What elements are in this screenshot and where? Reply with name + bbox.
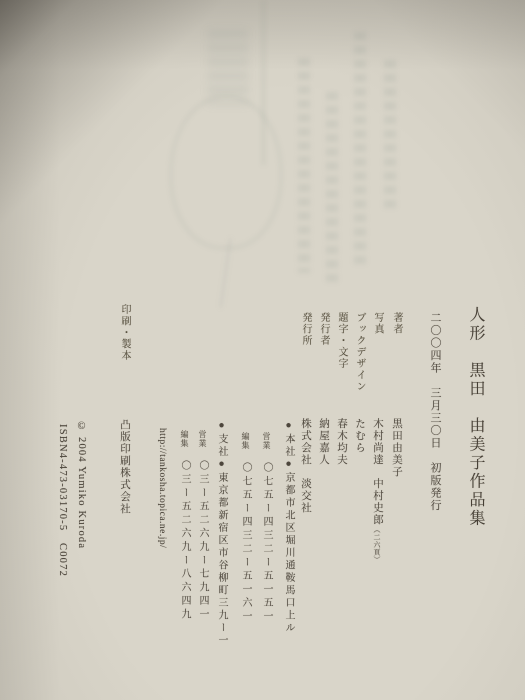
head-office-editorial-phone: 編集〇七五ー四三二ー五一六一 (238, 432, 253, 624)
credit-label-publisher-person: 発行者 (316, 312, 331, 347)
phone-label-sales: 営業 (262, 432, 271, 462)
branch-sales-phone: 営業〇三ー五二六九ー七九四一 (195, 430, 210, 622)
book-colophon-page-photo: 人形 黒田 由美子作品集 二〇〇四年 三月三〇日 初版発行 著者 写真 ブックデ… (0, 0, 525, 700)
isbn-code: ISBN4-473-03170-5 C0072 (55, 424, 70, 577)
branch-editorial-phone: 編集〇三ー五二六九ー八六四九 (177, 430, 192, 622)
showthrough-blob (208, 30, 248, 105)
phone-number: 〇三ー五二六九ー七九四一 (197, 460, 208, 622)
credit-value-photo: 木村尚達 中村史郎（二六頁） (370, 418, 385, 564)
phone-number: 〇七五ー四三二ー五一六一 (240, 462, 251, 624)
phone-label-editorial: 編集 (241, 432, 250, 462)
showthrough-line (262, 0, 265, 165)
copyright-notice: © 2004 Yumiko Kuroda (76, 421, 87, 549)
phone-number: 〇三ー五二六九ー八六四九 (179, 460, 190, 622)
showthrough-text-column (384, 60, 396, 210)
credit-label-publisher-company: 発行所 (298, 312, 313, 347)
photo-credit-page-note: （二六頁） (373, 526, 381, 564)
showthrough-text-column (298, 58, 310, 273)
book-title: 人形 黒田 由美子作品集 (464, 306, 487, 528)
phone-label-sales: 営業 (198, 430, 207, 460)
showthrough-stroke (219, 238, 232, 308)
printing-company: 凸版印刷株式会社 (117, 419, 132, 515)
credit-label-calligraphy: 題字・文字 (334, 312, 349, 370)
credit-value-bookdesign: たむら (352, 418, 367, 454)
edition-date-line: 二〇〇四年 三月三〇日 初版発行 (427, 312, 443, 512)
phone-number: 〇七五ー四三二ー五一五一 (261, 462, 272, 624)
showthrough-text-column (354, 32, 366, 267)
head-office-sales-phone: 営業〇七五ー四三二ー五一五一 (259, 432, 274, 624)
publisher-website-url: http://tankosha.topica.ne.jp/ (157, 428, 167, 548)
credit-label-bookdesign: ブックデザイン (352, 312, 367, 393)
photo-credit-names: 木村尚達 中村史郎 (372, 418, 383, 526)
head-office-address: ●本社●京都市北区堀川通鞍馬口上ル (281, 420, 296, 635)
branch-office-address: ●支社●東京都新宿区市谷柳町三九ー一 (214, 420, 229, 647)
credit-label-author: 著者 (389, 312, 404, 335)
credit-value-calligraphy: 春木均夫 (334, 418, 349, 466)
credit-label-photo: 写真 (370, 312, 385, 335)
credit-value-publisher-person: 納屋嘉人 (316, 418, 331, 466)
showthrough-doll-outline (170, 95, 282, 249)
credit-value-publisher-company: 株式会社 淡交社 (298, 418, 313, 514)
credit-value-author: 黒田由美子 (389, 418, 404, 478)
phone-label-editorial: 編集 (180, 430, 189, 460)
printing-label: 印刷・製本 (117, 304, 132, 362)
showthrough-text-column (326, 92, 338, 287)
